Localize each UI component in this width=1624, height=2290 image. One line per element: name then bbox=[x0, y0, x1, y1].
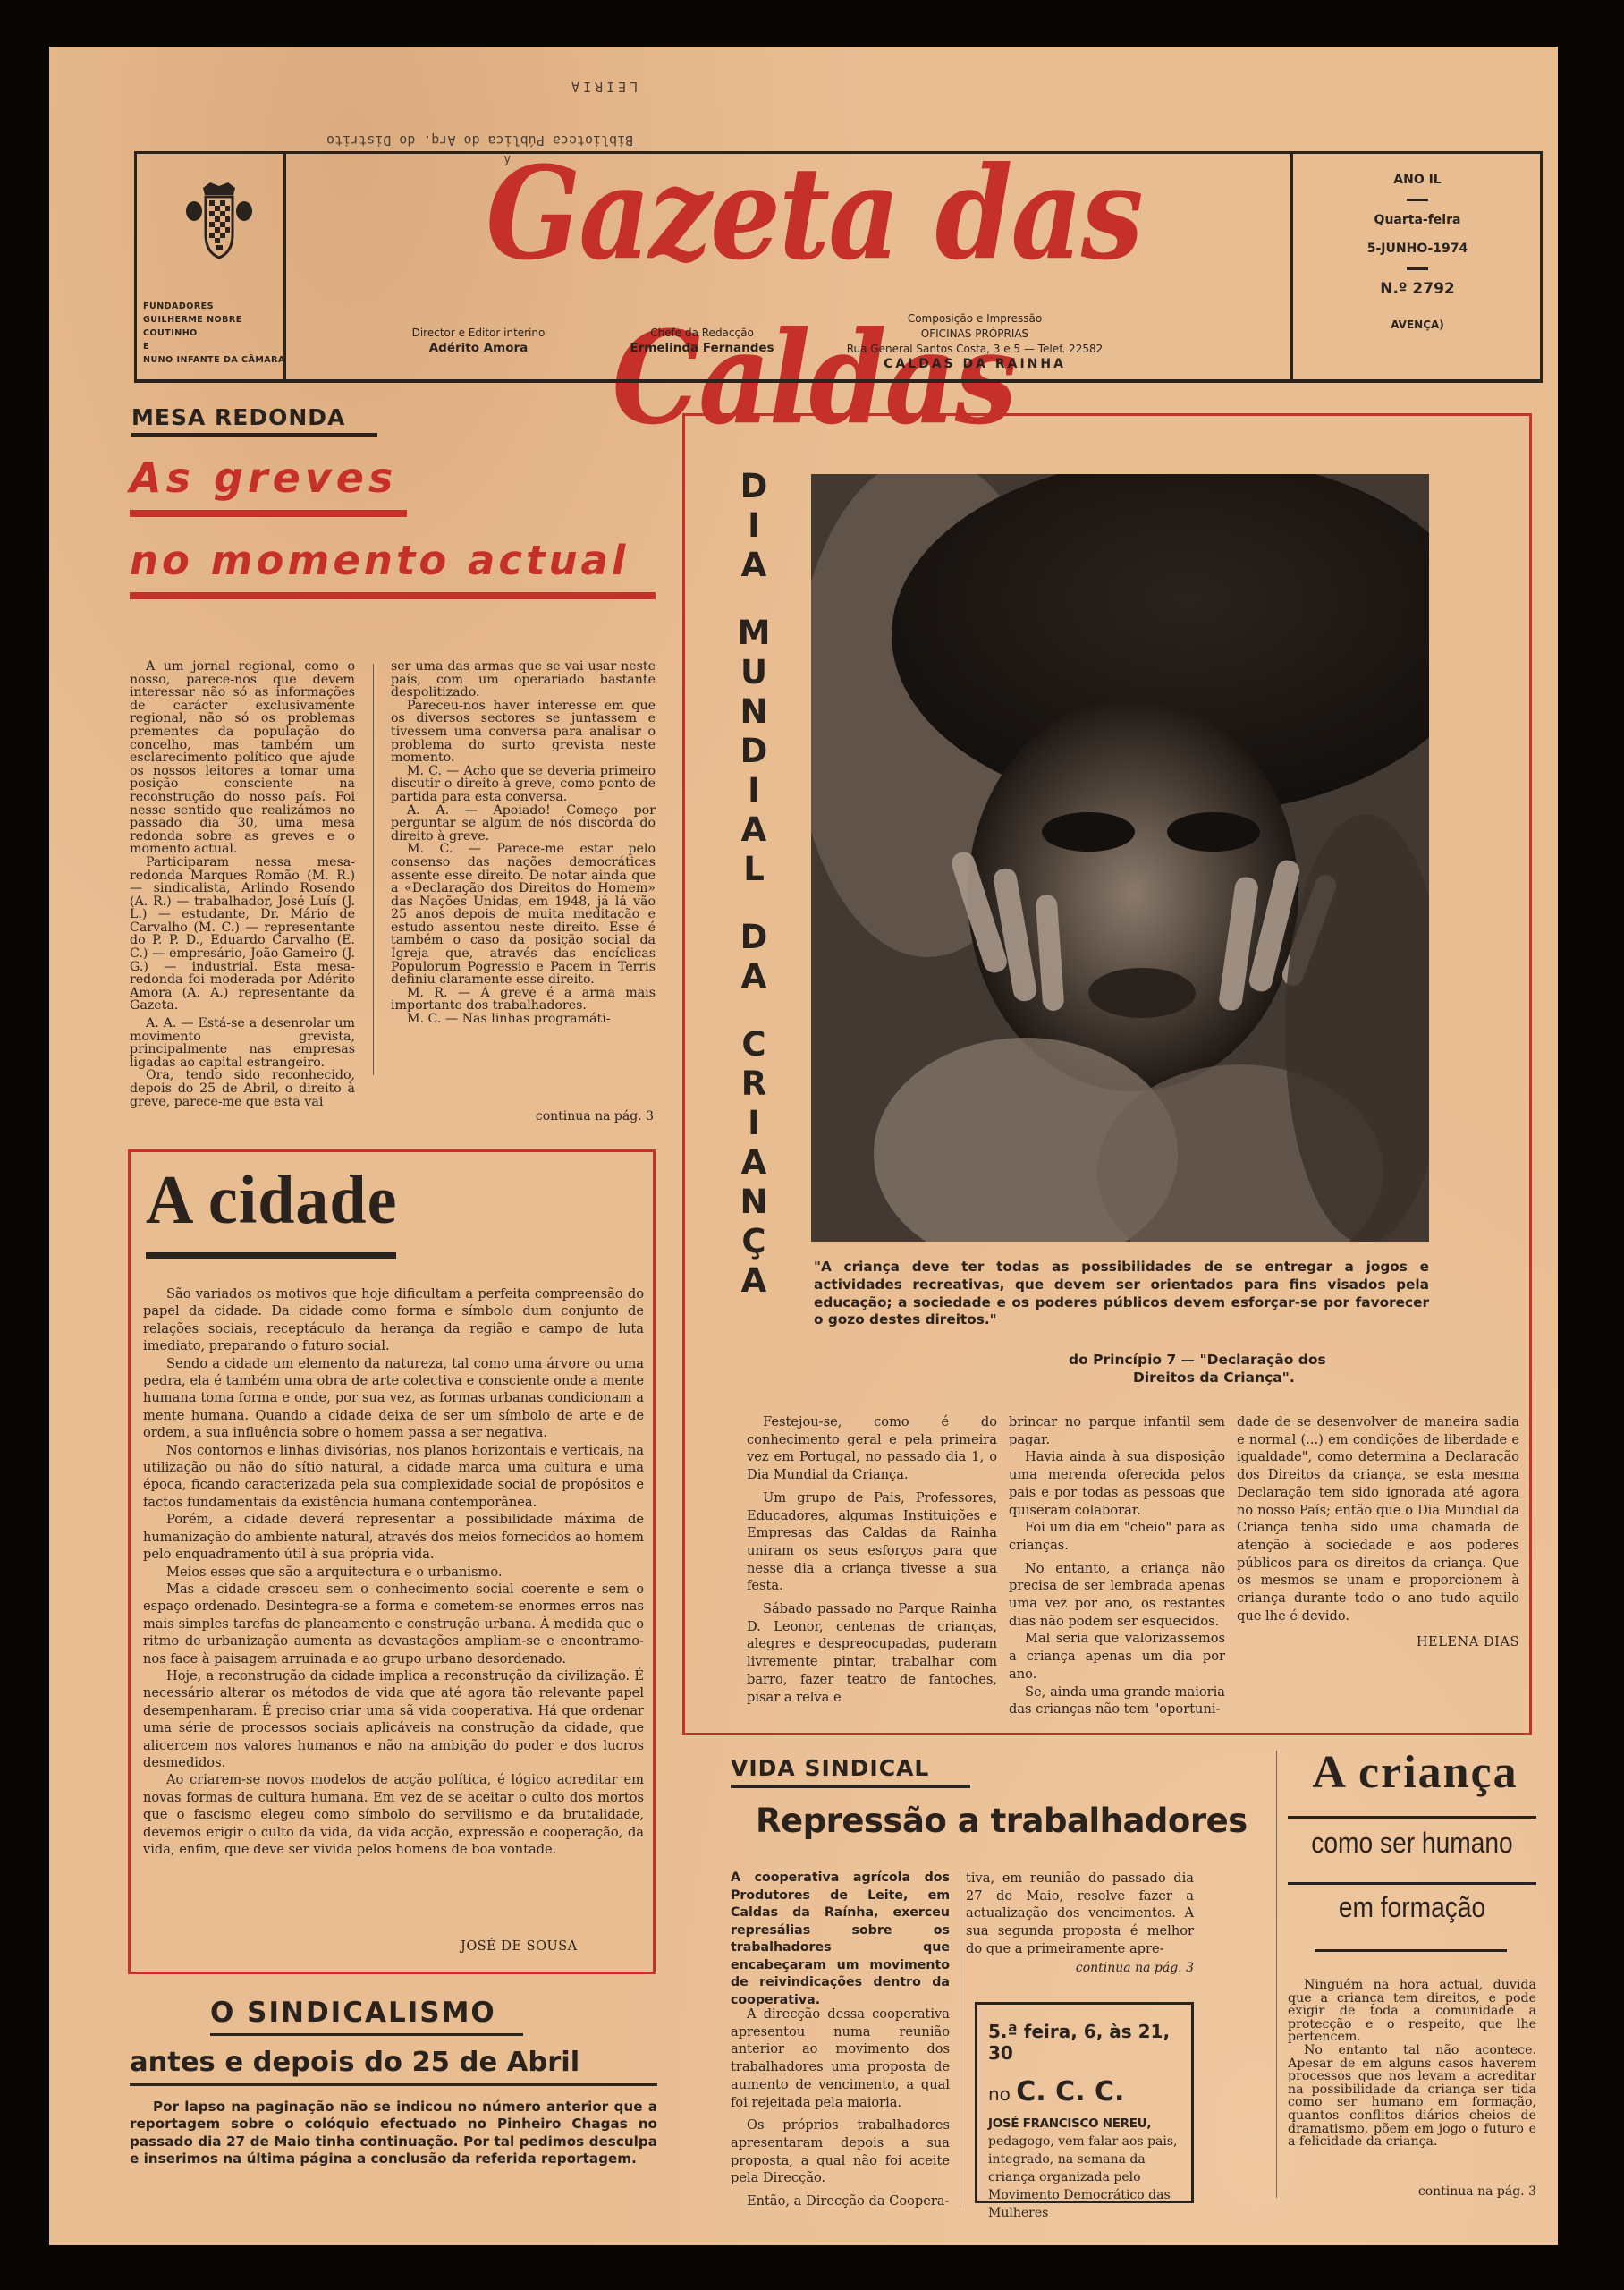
column-divider bbox=[960, 1871, 960, 2208]
headline-underline bbox=[130, 592, 656, 599]
paragraph: Ora, tendo sido reconhecido, depois do 2… bbox=[130, 1069, 355, 1108]
vertical-letter: L bbox=[731, 850, 777, 889]
event-date: 5.ª feira, 6, às 21, 30 bbox=[988, 2021, 1182, 2064]
vertical-headline: DIA MUNDIAL DA CRIANÇA bbox=[731, 467, 777, 1301]
director-credit: Director e Editor interino Adérito Amora bbox=[389, 326, 568, 356]
column-divider bbox=[1276, 1751, 1277, 2198]
continued-link[interactable]: continua na pág. 3 bbox=[496, 1109, 654, 1124]
child-photo bbox=[811, 474, 1429, 1242]
paragraph: Festejou-se, como é do conhecimento gera… bbox=[747, 1413, 997, 1484]
vertical-word: CRIANÇA bbox=[731, 1025, 777, 1301]
article-subheadline: como ser humano bbox=[1303, 1827, 1522, 1860]
paragraph: tiva, em reunião do passado dia 27 de Ma… bbox=[966, 1870, 1194, 1958]
paragraph: Um grupo de Pais, Professores, Educadore… bbox=[747, 1489, 997, 1595]
caption-source-line: Direitos da Criança". bbox=[1069, 1369, 1426, 1387]
vertical-letter: N bbox=[731, 1183, 777, 1222]
vertical-letter: I bbox=[731, 771, 777, 810]
paragraph: Ninguém na hora actual, duvida que a cri… bbox=[1288, 1979, 1536, 2044]
paragraph: Porém, a cidade deverá representar a pos… bbox=[143, 1511, 644, 1563]
kicker-underline bbox=[131, 433, 377, 437]
vertical-letter: I bbox=[731, 1104, 777, 1143]
director-label: Director e Editor interino bbox=[389, 326, 568, 341]
article-subheadline: em formação bbox=[1318, 1891, 1505, 1924]
vertical-letter: I bbox=[731, 506, 777, 546]
issue-weekday: Quarta-feira bbox=[1310, 212, 1525, 228]
paragraph: M. C. — Acho que se deveria primeiro dis… bbox=[391, 765, 656, 804]
caption-source: do Princípio 7 — "Declaração dos Direito… bbox=[1069, 1351, 1426, 1387]
paragraph: Meios esses que são a arquitectura e o u… bbox=[143, 1564, 644, 1581]
paragraph: Havia ainda à sua disposição uma merenda… bbox=[1009, 1448, 1225, 1519]
paragraph: Nos contornos e linhas divisórias, nos p… bbox=[143, 1442, 644, 1512]
founder-name: NUNO INFANTE DA CÂMARA bbox=[143, 353, 291, 367]
vertical-word: DA bbox=[731, 918, 777, 997]
issue-date: 5-JUNHO-1974 bbox=[1310, 241, 1525, 257]
paragraph: Participaram nessa mesa-redonda Marques … bbox=[130, 856, 355, 1013]
paragraph: A direcção dessa cooperativa apresentou … bbox=[731, 2006, 950, 2111]
paragraph: brincar no parque infantil sem pagar. bbox=[1009, 1413, 1225, 1448]
vertical-letter: R bbox=[731, 1064, 777, 1104]
paragraph: Sendo a cidade um elemento da natureza, … bbox=[143, 1355, 644, 1442]
masthead-bottom-rule bbox=[134, 379, 1543, 383]
article-author: HELENA DIAS bbox=[1237, 1633, 1519, 1651]
founder-name: GUILHERME NOBRE COUTINHO bbox=[143, 313, 291, 340]
article-body: Ninguém na hora actual, duvida que a cri… bbox=[1288, 1979, 1536, 2149]
paragraph: Mas a cidade cresceu sem o conhecimento … bbox=[143, 1581, 644, 1667]
paragraph: Sábado passado no Parque Rainha D. Leono… bbox=[747, 1600, 997, 1706]
headline-underline bbox=[130, 2083, 657, 2086]
divider bbox=[1407, 199, 1428, 201]
vertical-letter: A bbox=[731, 957, 777, 997]
vertical-letter: A bbox=[731, 546, 777, 585]
venue-prefix: no bbox=[988, 2083, 1011, 2105]
article-column: brincar no parque infantil sem pagar. Ha… bbox=[1009, 1413, 1225, 1718]
vertical-letter: A bbox=[731, 1261, 777, 1301]
headline-underline bbox=[146, 1252, 396, 1259]
paragraph: Por lapso na paginação não se indicou no… bbox=[130, 2099, 657, 2168]
city: CALDAS DA RAINHA bbox=[827, 357, 1122, 372]
article-column: A direcção dessa cooperativa apresentou … bbox=[731, 2006, 950, 2210]
vertical-letter: C bbox=[731, 1025, 777, 1064]
paragraph: Mal seria que valorizassemos a criança a… bbox=[1009, 1630, 1225, 1683]
article-body: São variados os motivos que hoje dificul… bbox=[143, 1285, 644, 1858]
paragraph: Hoje, a reconstrução da cidade implica a… bbox=[143, 1667, 644, 1771]
paragraph: Pareceu-nos haver interesse em que os di… bbox=[391, 700, 656, 765]
lead-paragraph: A cooperativa agrícola dos Produtores de… bbox=[731, 1870, 950, 2009]
print-name: OFICINAS PRÓPRIAS bbox=[827, 327, 1122, 342]
article-headline: O SINDICALISMO bbox=[210, 1997, 496, 2029]
kicker-underline bbox=[731, 1785, 970, 1788]
founders-block: FUNDADORES GUILHERME NOBRE COUTINHO E NU… bbox=[143, 300, 291, 367]
article-subheadline: antes e depois do 25 de Abril bbox=[130, 2047, 579, 2078]
photo-caption: "A criança deve ter todas as possibilida… bbox=[814, 1259, 1429, 1329]
headline-line-2: no momento actual bbox=[130, 537, 629, 584]
article-column: dade de se desenvolver de maneira sadia … bbox=[1237, 1413, 1519, 1651]
newspaper-title: Gazeta das Caldas bbox=[367, 132, 1261, 462]
issue-year: ANO IL bbox=[1310, 172, 1525, 188]
vertical-letter: A bbox=[731, 810, 777, 850]
vertical-word: MUNDIAL bbox=[731, 614, 777, 889]
chief-editor-credit: Chefe da Redacção Ermelinda Fernandes bbox=[608, 326, 796, 356]
continued-link[interactable]: continua na pág. 3 bbox=[1033, 1961, 1194, 1975]
paragraph: dade de se desenvolver de maneira sadia … bbox=[1237, 1413, 1519, 1624]
article-author: JOSÉ DE SOUSA bbox=[461, 1939, 578, 1954]
column-divider bbox=[373, 664, 374, 1075]
article-column: A um jornal regional, como o nosso, pare… bbox=[130, 660, 355, 1108]
event-text: pedagogo, vem falar aos pais, integrado,… bbox=[988, 2134, 1177, 2220]
paragraph: Ao criarem-se novos modelos de acção pol… bbox=[143, 1771, 644, 1858]
article-column: Festejou-se, como é do conhecimento gera… bbox=[747, 1413, 997, 1706]
paragraph: Os próprios trabalhadores apresentaram d… bbox=[731, 2116, 950, 2187]
paragraph: Então, a Direcção da Coopera- bbox=[731, 2192, 950, 2210]
paragraph: A. A. — Apoiado! Começo por perguntar se… bbox=[391, 804, 656, 844]
caption-source-line: do Princípio 7 — "Declaração dos bbox=[1069, 1351, 1426, 1369]
vertical-letter: N bbox=[731, 692, 777, 732]
article-headline: A criança bbox=[1288, 1746, 1543, 1799]
paragraph: No entanto tal não acontece. Apesar de e… bbox=[1288, 2044, 1536, 2149]
article-headline: A cidade bbox=[146, 1161, 397, 1241]
section-kicker: MESA REDONDA bbox=[131, 404, 345, 430]
headline-underline bbox=[130, 510, 407, 517]
paragraph: M. R. — A greve é a arma mais importante… bbox=[391, 987, 656, 1013]
paragraph: Foi um dia em "cheio" para as crianças. bbox=[1009, 1519, 1225, 1554]
vertical-letter: D bbox=[731, 918, 777, 957]
vertical-letter: U bbox=[731, 653, 777, 692]
section-kicker: VIDA SINDICAL bbox=[731, 1755, 929, 1781]
vertical-word: DIA bbox=[731, 467, 777, 585]
chief-label: Chefe da Redacção bbox=[608, 326, 796, 341]
article-lead: A cooperativa agrícola dos Produtores de… bbox=[731, 1870, 950, 2009]
venue-name: C. C. C. bbox=[1016, 2076, 1124, 2108]
issue-info: ANO IL Quarta-feira 5-JUNHO-1974 N.º 279… bbox=[1310, 172, 1525, 333]
issue-subscription: AVENÇA) bbox=[1310, 317, 1525, 333]
director-name: Adérito Amora bbox=[429, 341, 529, 355]
headline-line-1: As greves bbox=[130, 454, 397, 502]
headline-underline bbox=[1288, 1816, 1536, 1819]
vertical-letter: D bbox=[731, 467, 777, 506]
article-column: ser uma das armas que se vai usar neste … bbox=[391, 660, 656, 1026]
paragraph: No entanto, a criança não precisa de ser… bbox=[1009, 1560, 1225, 1631]
event-venue: no C. C. C. bbox=[988, 2076, 1182, 2108]
founders-and: E bbox=[143, 340, 291, 353]
vertical-letter: D bbox=[731, 732, 777, 771]
founders-label: FUNDADORES bbox=[143, 300, 291, 313]
article-headline: Repressão a trabalhadores bbox=[756, 1802, 1248, 1840]
event-description: JOSÉ FRANCISCO NEREU, pedagogo, vem fala… bbox=[988, 2115, 1182, 2222]
newspaper-page: LEIRIA Biblioteca Pública do Arq. do Dis… bbox=[49, 47, 1558, 2245]
archive-stamp-city: LEIRIA bbox=[568, 79, 638, 95]
divider bbox=[1407, 267, 1428, 270]
headline-underline bbox=[210, 2033, 523, 2036]
event-notice-box: 5.ª feira, 6, às 21, 30 no C. C. C. JOSÉ… bbox=[975, 2002, 1194, 2203]
vertical-letter: M bbox=[731, 614, 777, 653]
paragraph: Se, ainda uma grande maioria das criança… bbox=[1009, 1684, 1225, 1718]
paragraph: ser uma das armas que se vai usar neste … bbox=[391, 660, 656, 700]
address: Rua General Santos Costa, 3 e 5 — Telef.… bbox=[827, 342, 1122, 357]
coat-of-arms-icon bbox=[183, 181, 255, 261]
speaker-name: JOSÉ FRANCISCO NEREU, bbox=[988, 2116, 1151, 2131]
article-body: Por lapso na paginação não se indicou no… bbox=[130, 2099, 657, 2168]
paragraph: M. C. — Nas linhas programáti- bbox=[391, 1013, 656, 1026]
paragraph: M. C. — Parece-me estar pelo consenso da… bbox=[391, 843, 656, 987]
article-column: tiva, em reunião do passado dia 27 de Ma… bbox=[966, 1870, 1194, 1958]
vertical-letter: A bbox=[731, 1143, 777, 1183]
paragraph: A. A. — Está-se a desenrolar um moviment… bbox=[130, 1017, 355, 1069]
paragraph: São variados os motivos que hoje dificul… bbox=[143, 1285, 644, 1355]
headline-underline bbox=[1288, 1882, 1536, 1885]
issue-number: N.º 2792 bbox=[1310, 281, 1525, 297]
printing-credit: Composição e Impressão OFICINAS PRÓPRIAS… bbox=[827, 311, 1122, 372]
vertical-letter: Ç bbox=[731, 1222, 777, 1261]
print-label: Composição e Impressão bbox=[827, 311, 1122, 327]
headline-underline bbox=[1315, 1949, 1507, 1952]
chief-name: Ermelinda Fernandes bbox=[630, 341, 774, 355]
continued-link[interactable]: continua na pág. 3 bbox=[1346, 2184, 1536, 2199]
paragraph: A um jornal regional, como o nosso, pare… bbox=[130, 660, 355, 856]
